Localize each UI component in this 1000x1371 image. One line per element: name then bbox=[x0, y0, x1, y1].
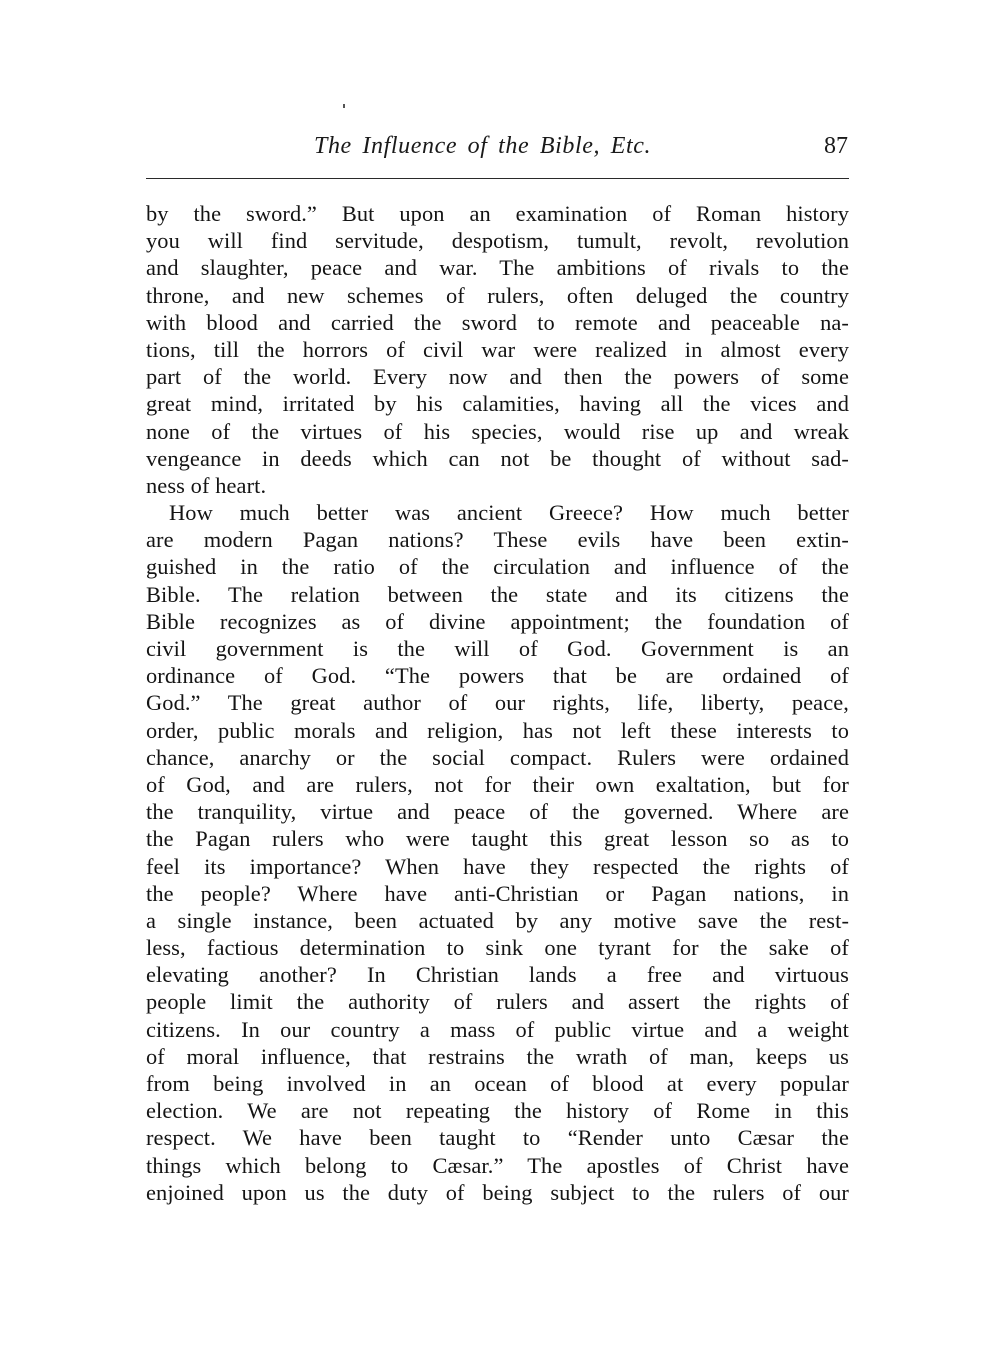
running-title: The Influence of the Bible, Etc. bbox=[314, 131, 651, 161]
running-header: The Influence of the Bible, Etc. 87 bbox=[146, 131, 850, 165]
text-line: God.” The great author of our rights, li… bbox=[146, 689, 849, 716]
text-line: order, public morals and religion, has n… bbox=[146, 717, 849, 744]
text-line: throne, and new schemes of rulers, often… bbox=[146, 282, 849, 309]
page-number: 87 bbox=[824, 131, 848, 161]
text-line: election. We are not repeating the histo… bbox=[146, 1097, 849, 1124]
text-line: of moral influence, that restrains the w… bbox=[146, 1043, 849, 1070]
book-page: The Influence of the Bible, Etc. 87 by t… bbox=[0, 0, 1000, 1371]
text-line: part of the world. Every now and then th… bbox=[146, 363, 849, 390]
text-line: ness of heart. bbox=[146, 472, 849, 499]
text-line: vengeance in deeds which can not be thou… bbox=[146, 445, 849, 472]
scan-speck bbox=[343, 104, 345, 108]
text-line: ordinance of God. “The powers that be ar… bbox=[146, 662, 849, 689]
text-line: elevating another? In Christian lands a … bbox=[146, 961, 849, 988]
text-line: feel its importance? When have they resp… bbox=[146, 853, 849, 880]
text-line: tions, till the horrors of civil war wer… bbox=[146, 336, 849, 363]
text-line: Bible. The relation between the state an… bbox=[146, 581, 849, 608]
text-line: people limit the authority of rulers and… bbox=[146, 988, 849, 1015]
text-line: respect. We have been taught to “Render … bbox=[146, 1124, 849, 1151]
text-line: great mind, irritated by his calamities,… bbox=[146, 390, 849, 417]
text-line: things which belong to Cæsar.” The apost… bbox=[146, 1152, 849, 1179]
text-line: you will find servitude, despotism, tumu… bbox=[146, 227, 849, 254]
text-line: by the sword.” But upon an examination o… bbox=[146, 200, 849, 227]
paragraph: by the sword.” But upon an examination o… bbox=[146, 200, 849, 499]
text-line: the tranquility, virtue and peace of the… bbox=[146, 798, 849, 825]
text-line: the people? Where have anti-Christian or… bbox=[146, 880, 849, 907]
text-line: less, factious determination to sink one… bbox=[146, 934, 849, 961]
text-line: and slaughter, peace and war. The ambiti… bbox=[146, 254, 849, 281]
text-line: enjoined upon us the duty of being subje… bbox=[146, 1179, 849, 1206]
body-text: by the sword.” But upon an examination o… bbox=[146, 200, 849, 1206]
text-line: with blood and carried the sword to remo… bbox=[146, 309, 849, 336]
text-line: Bible recognizes as of divine appointmen… bbox=[146, 608, 849, 635]
header-rule bbox=[146, 178, 849, 179]
text-line: chance, anarchy or the social compact. R… bbox=[146, 744, 849, 771]
text-line: civil government is the will of God. Gov… bbox=[146, 635, 849, 662]
text-line: citizens. In our country a mass of publi… bbox=[146, 1016, 849, 1043]
text-line: of God, and are rulers, not for their ow… bbox=[146, 771, 849, 798]
text-line: none of the virtues of his species, woul… bbox=[146, 418, 849, 445]
text-line: are modern Pagan nations? These evils ha… bbox=[146, 526, 849, 553]
text-line: a single instance, been actuated by any … bbox=[146, 907, 849, 934]
text-line: guished in the ratio of the circulation … bbox=[146, 553, 849, 580]
text-line: the Pagan rulers who were taught this gr… bbox=[146, 825, 849, 852]
paragraph: How much better was ancient Greece? How … bbox=[146, 499, 849, 1206]
text-line: from being involved in an ocean of blood… bbox=[146, 1070, 849, 1097]
text-line: How much better was ancient Greece? How … bbox=[146, 499, 849, 526]
